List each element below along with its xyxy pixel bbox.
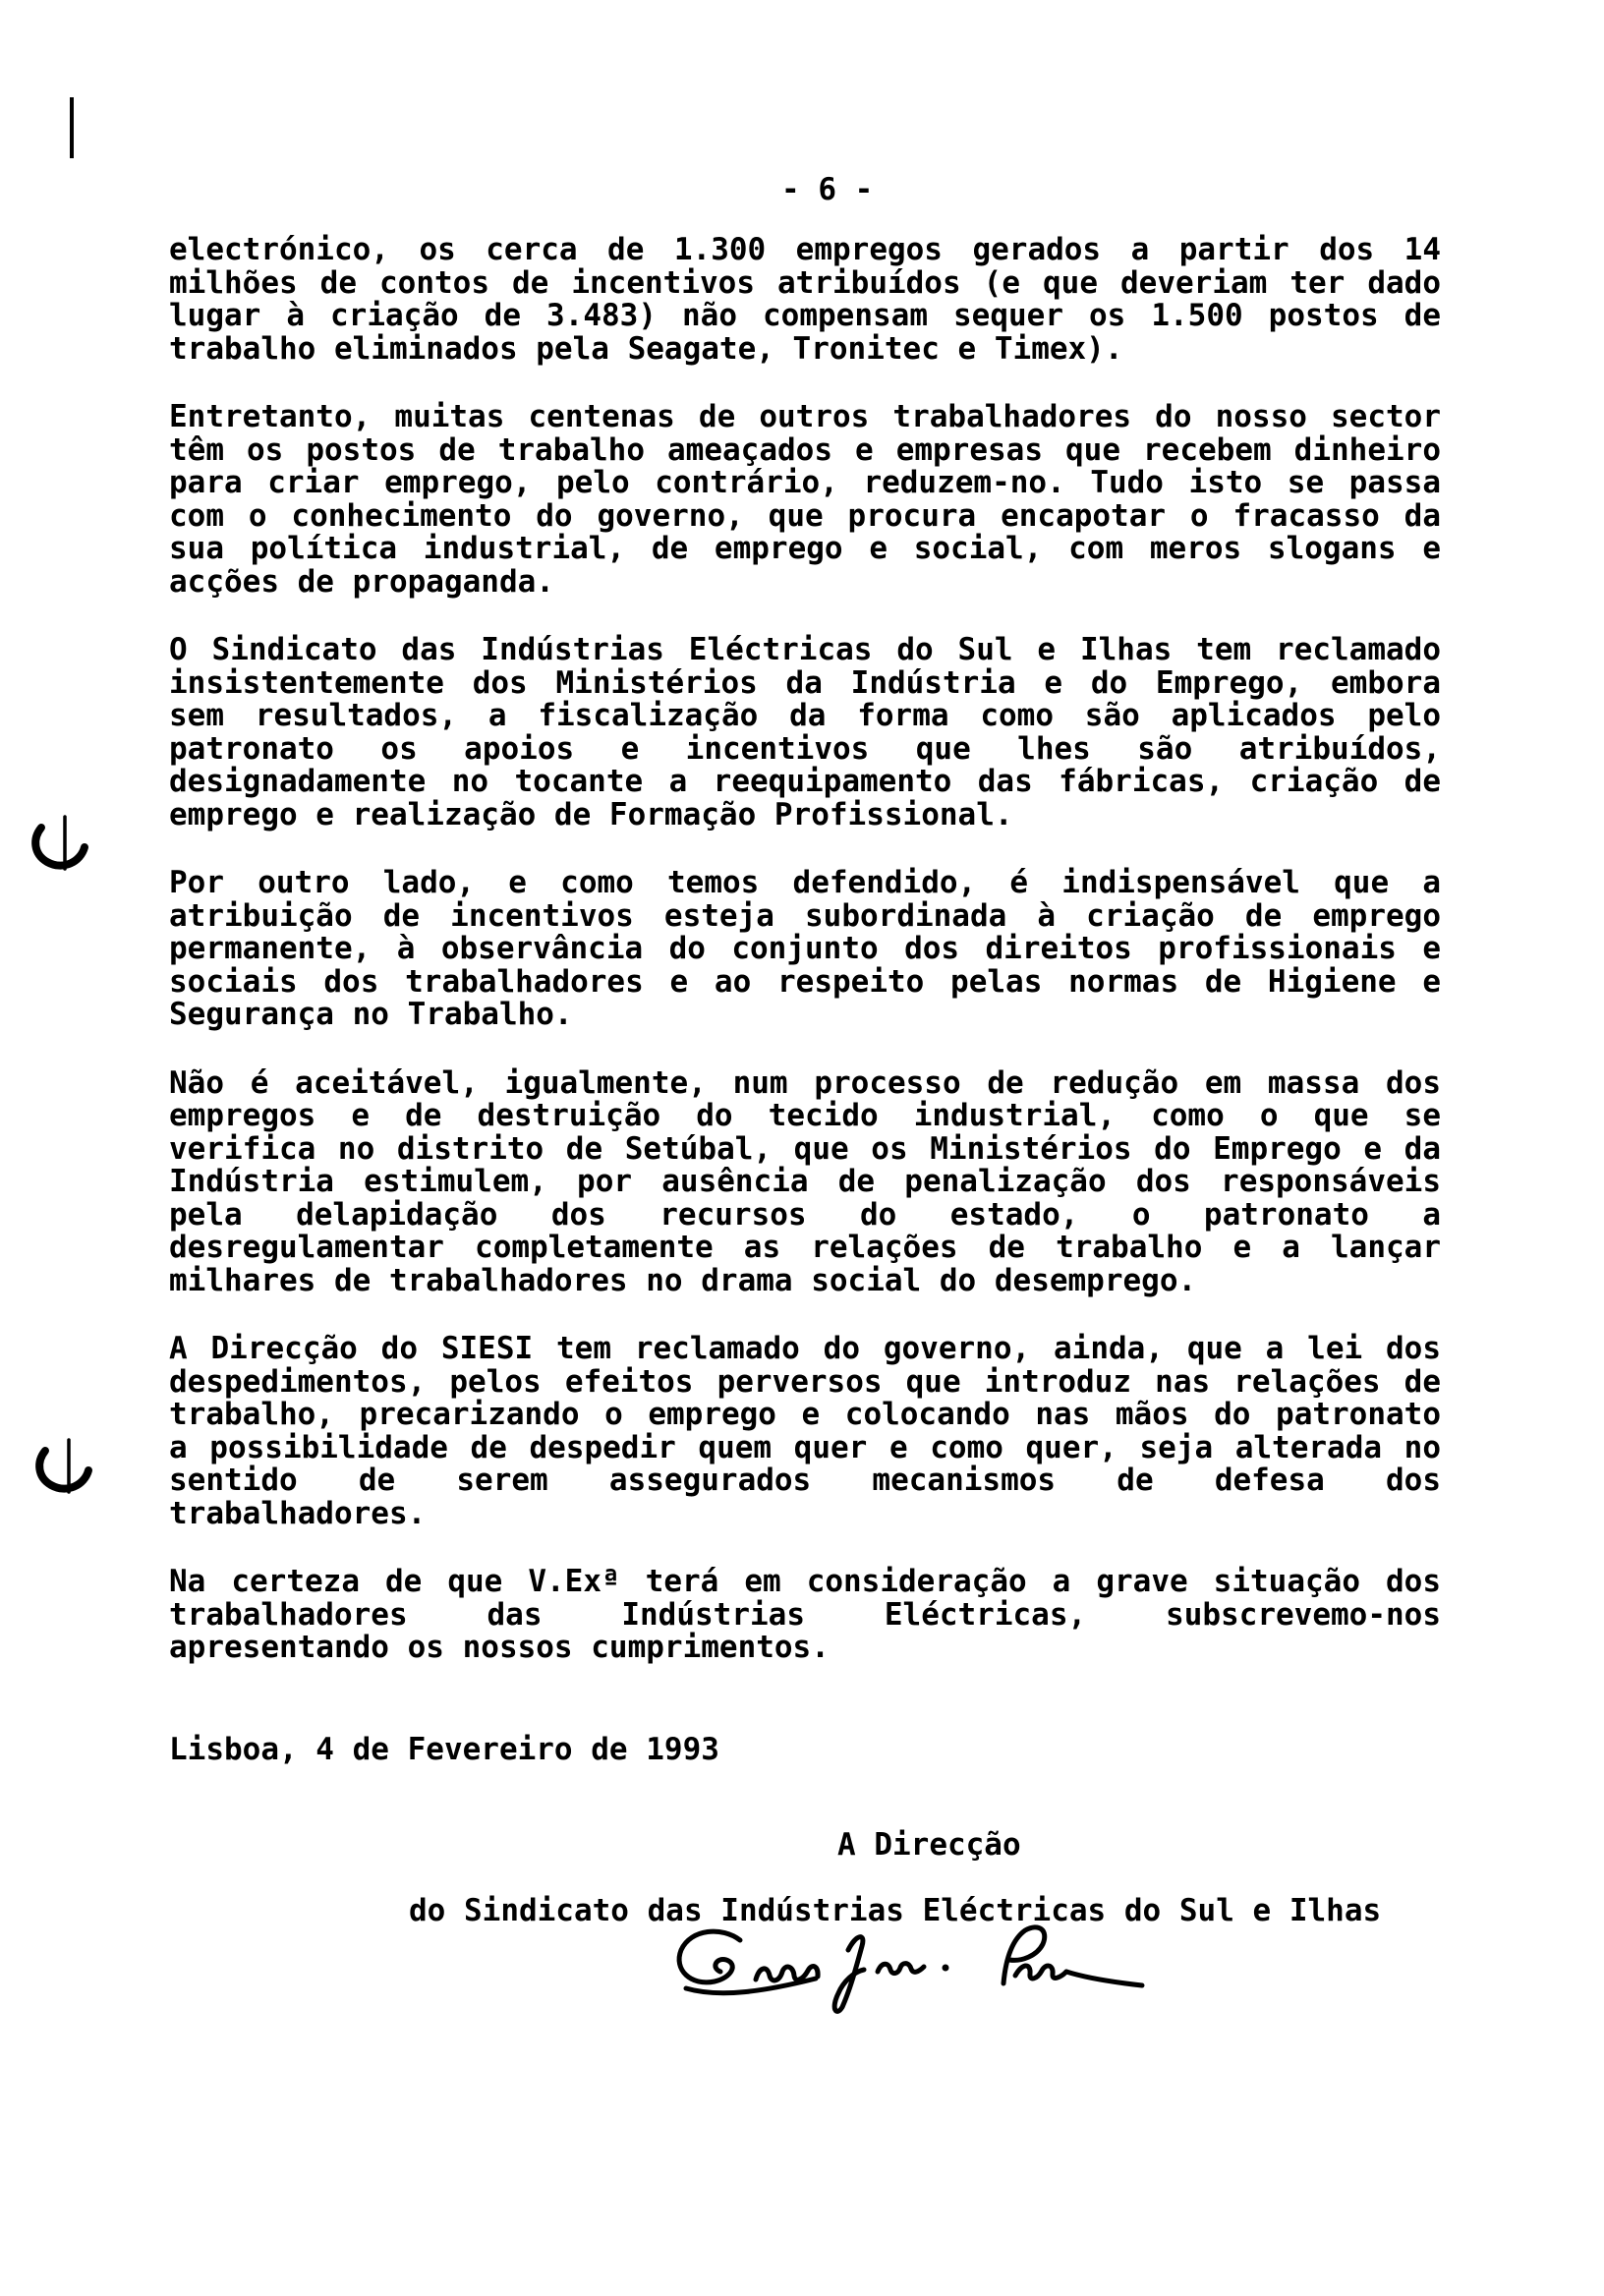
text-line: despedimentos, pelos efeitos perversos q… bbox=[169, 1366, 1441, 1400]
margin-check-mark-icon bbox=[33, 1435, 94, 1496]
paragraph: A Direcção do SIESI tem reclamado do gov… bbox=[169, 1333, 1441, 1530]
text-line: sentido de serem assegurados mecanismos … bbox=[169, 1464, 1441, 1498]
text-line: atribuição de incentivos esteja subordin… bbox=[169, 900, 1441, 934]
letter-body: electrónico, os cerca de 1.300 empregos … bbox=[169, 234, 1441, 1665]
text-line: Indústria estimulem, por ausência de pen… bbox=[169, 1166, 1441, 1199]
closing-org: do Sindicato das Indústrias Eléctricas d… bbox=[409, 1894, 1381, 1927]
page-number: - 6 - bbox=[781, 174, 873, 206]
text-line: com o conhecimento do governo, que procu… bbox=[169, 500, 1441, 534]
text-line: têm os postos de trabalho ameaçados e em… bbox=[169, 434, 1441, 468]
margin-tick-icon bbox=[70, 97, 74, 158]
text-line: trabalhadores das Indústrias Eléctricas,… bbox=[169, 1599, 1441, 1633]
margin-check-mark-icon bbox=[29, 812, 90, 873]
text-line: trabalho, precarizando o emprego e coloc… bbox=[169, 1399, 1441, 1432]
text-line: milhares de trabalhadores no drama socia… bbox=[169, 1265, 1441, 1298]
text-line: Entretanto, muitas centenas de outros tr… bbox=[169, 401, 1441, 434]
paragraph: Por outro lado, e como temos defendido, … bbox=[169, 867, 1441, 1032]
text-line: trabalho eliminados pela Seagate, Tronit… bbox=[169, 333, 1441, 367]
text-line: emprego e realização de Formação Profiss… bbox=[169, 799, 1441, 832]
text-line: Segurança no Trabalho. bbox=[169, 999, 1441, 1032]
text-line: pela delapidação dos recursos do estado,… bbox=[169, 1199, 1441, 1233]
closing-title: A Direcção bbox=[837, 1828, 1021, 1862]
text-line: Na certeza de que V.Exª terá em consider… bbox=[169, 1566, 1441, 1599]
text-line: A Direcção do SIESI tem reclamado do gov… bbox=[169, 1333, 1441, 1366]
paragraph: Não é aceitável, igualmente, num process… bbox=[169, 1067, 1441, 1298]
text-line: designadamente no tocante a reequipament… bbox=[169, 766, 1441, 799]
text-line: O Sindicato das Indústrias Eléctricas do… bbox=[169, 634, 1441, 667]
paragraph: O Sindicato das Indústrias Eléctricas do… bbox=[169, 634, 1441, 832]
text-line: verifica no distrito de Setúbal, que os … bbox=[169, 1133, 1441, 1167]
text-line: a possibilidade de despedir quem quer e … bbox=[169, 1432, 1441, 1465]
text-line: patronato os apoios e incentivos que lhe… bbox=[169, 733, 1441, 767]
paragraph: Entretanto, muitas centenas de outros tr… bbox=[169, 401, 1441, 599]
text-line: Não é aceitável, igualmente, num process… bbox=[169, 1067, 1441, 1101]
text-line: desregulamentar completamente as relaçõe… bbox=[169, 1232, 1441, 1265]
paragraph: electrónico, os cerca de 1.300 empregos … bbox=[169, 234, 1441, 366]
text-line: trabalhadores. bbox=[169, 1498, 1441, 1531]
text-line: para criar emprego, pelo contrário, redu… bbox=[169, 467, 1441, 500]
text-line: lugar à criação de 3.483) não compensam … bbox=[169, 300, 1441, 333]
date-line: Lisboa, 4 de Fevereiro de 1993 bbox=[169, 1733, 719, 1766]
text-line: apresentando os nossos cumprimentos. bbox=[169, 1632, 1441, 1665]
text-line: sua política industrial, de emprego e so… bbox=[169, 533, 1441, 566]
text-line: empregos e de destruição do tecido indus… bbox=[169, 1100, 1441, 1133]
text-line: permanente, à observância do conjunto do… bbox=[169, 933, 1441, 966]
text-line: electrónico, os cerca de 1.300 empregos … bbox=[169, 234, 1441, 267]
text-line: Por outro lado, e como temos defendido, … bbox=[169, 867, 1441, 900]
text-line: insistentemente dos Ministérios da Indús… bbox=[169, 667, 1441, 701]
handwritten-signature-icon bbox=[671, 1924, 1149, 2017]
document-page: - 6 - electrónico, os cerca de 1.300 emp… bbox=[0, 0, 1604, 2296]
text-line: sociais dos trabalhadores e ao respeito … bbox=[169, 966, 1441, 1000]
paragraph: Na certeza de que V.Exª terá em consider… bbox=[169, 1566, 1441, 1665]
text-line: milhões de contos de incentivos atribuíd… bbox=[169, 267, 1441, 301]
text-line: sem resultados, a fiscalização da forma … bbox=[169, 700, 1441, 733]
text-line: acções de propaganda. bbox=[169, 566, 1441, 600]
